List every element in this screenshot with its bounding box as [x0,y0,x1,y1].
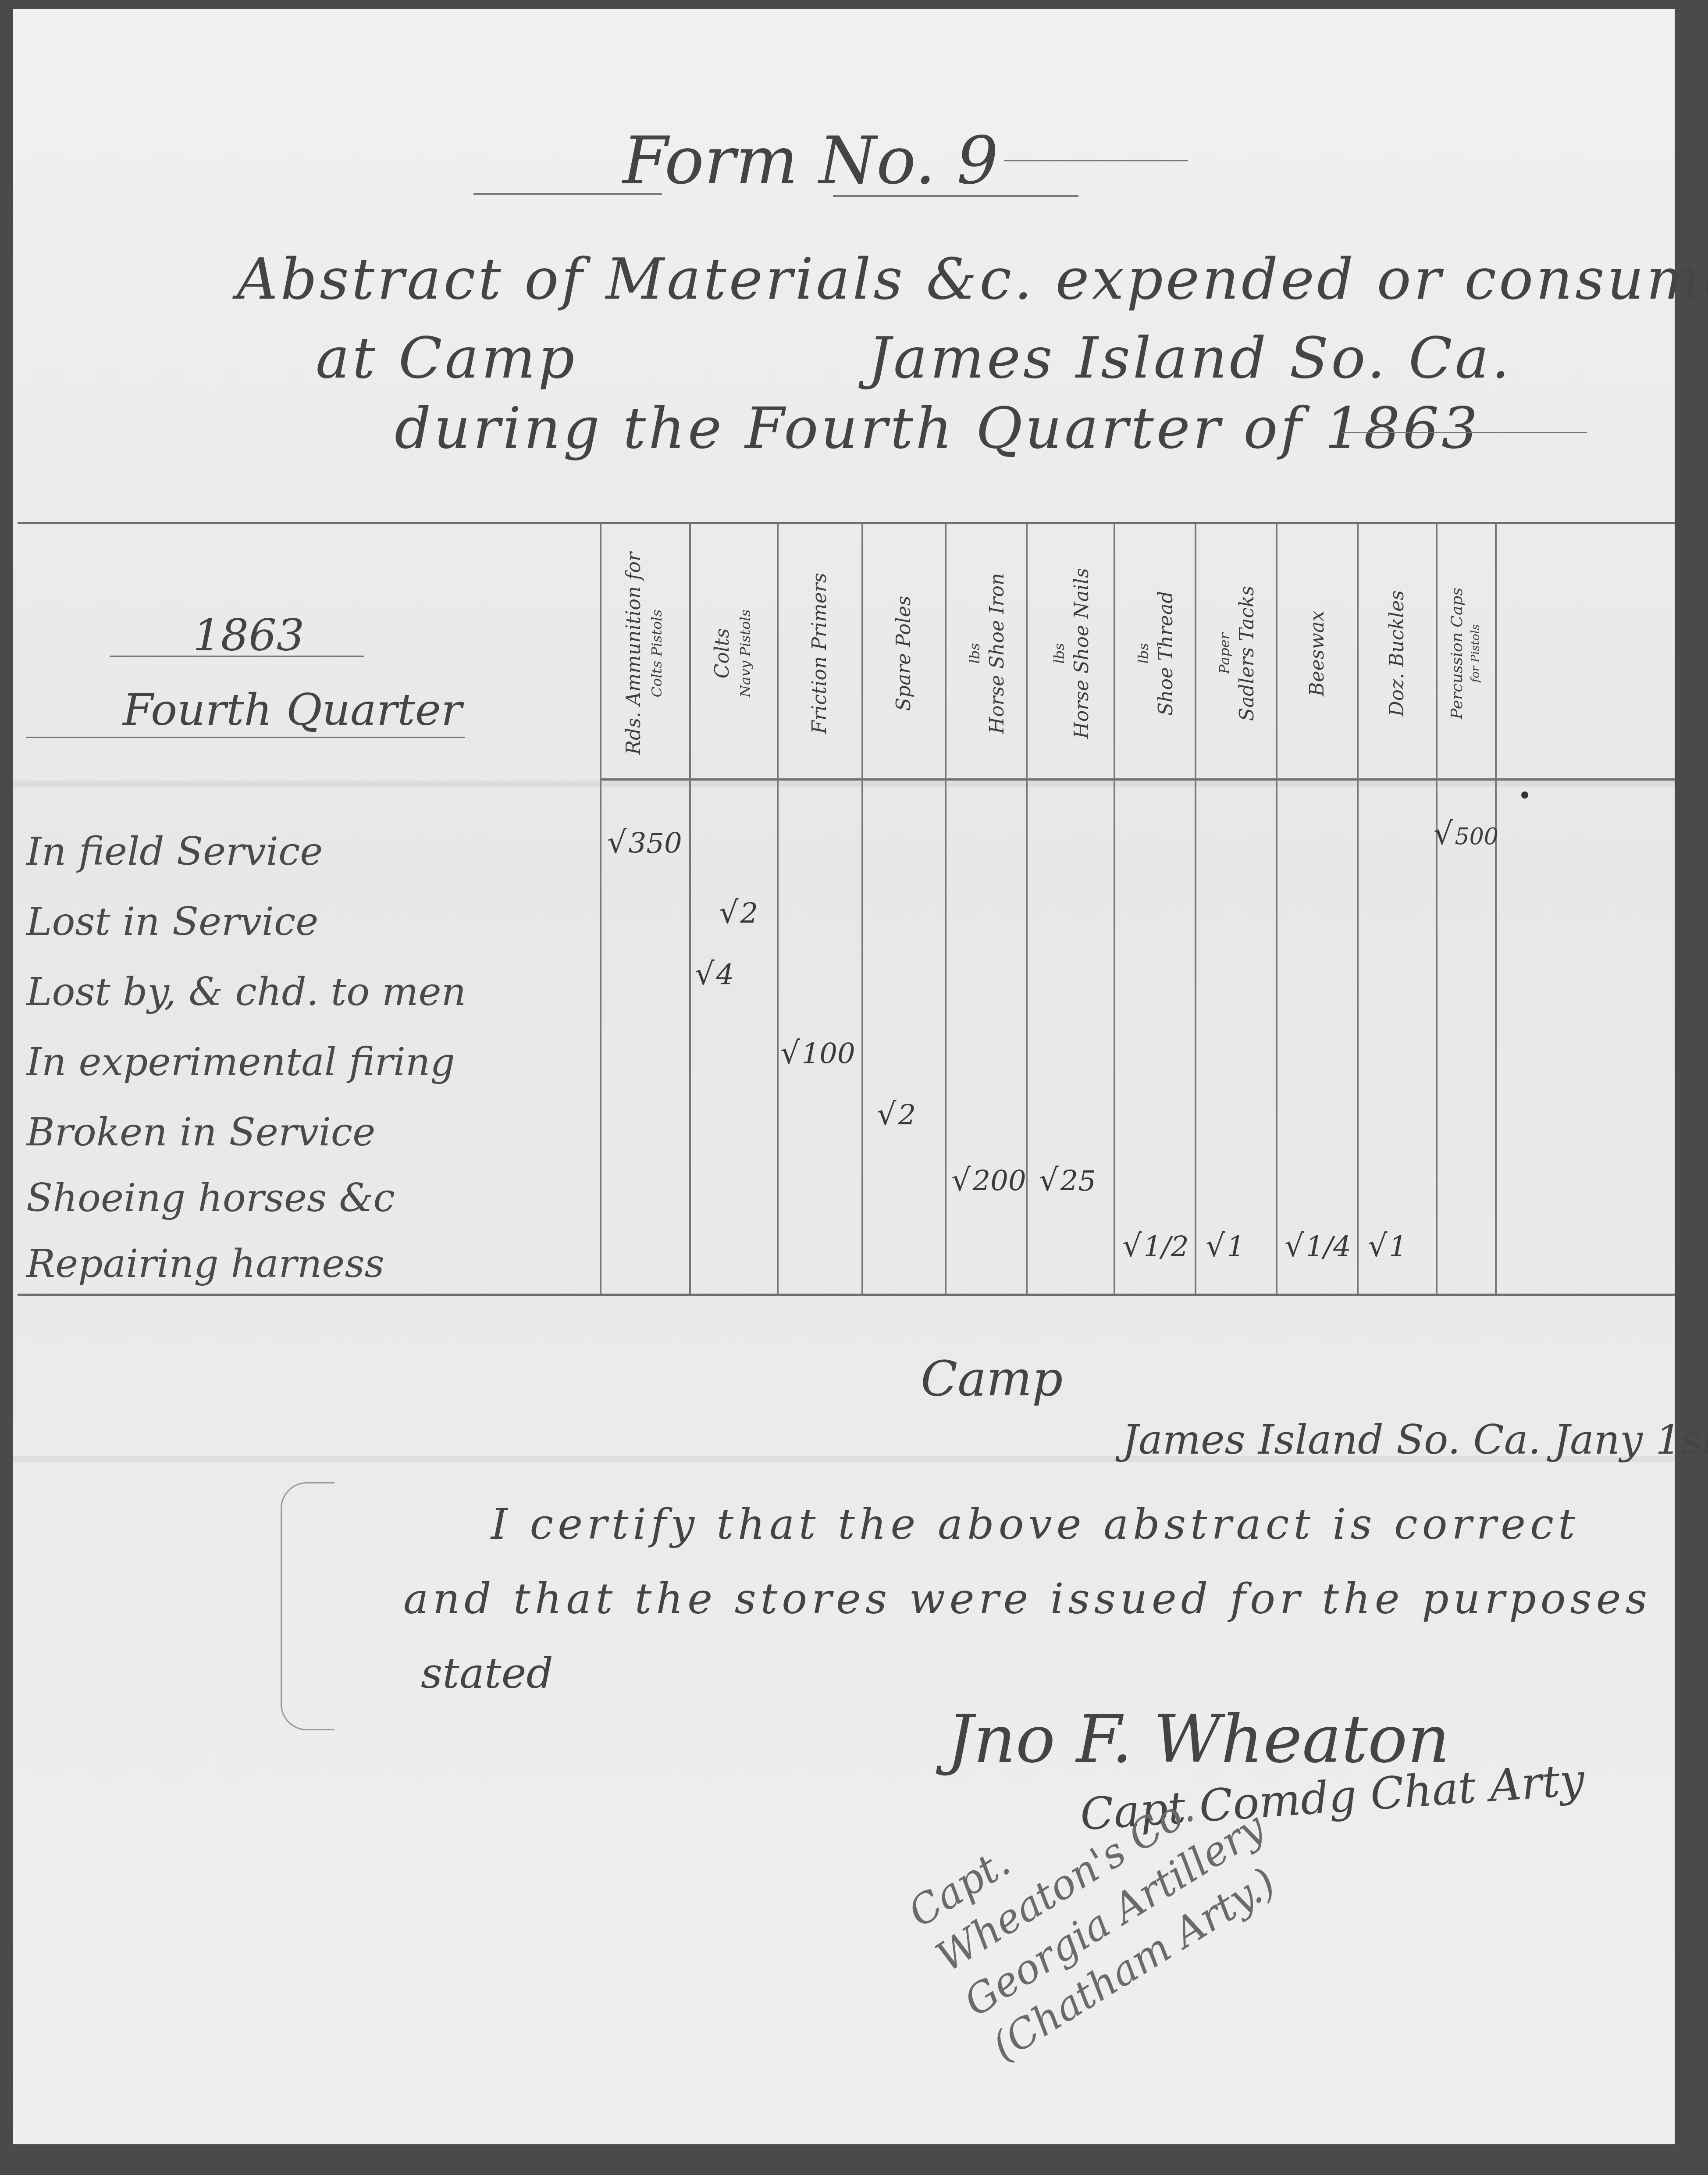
column-label: Rds. Ammunition for [623,552,645,755]
cell-horse-shoe-nails-shoeing: √25 [1039,1162,1096,1198]
cell-value: 2 [898,1099,916,1132]
row-label-experimental-firing: In experimental firing [26,1039,455,1084]
row-label-repairing-harness: Repairing harness [26,1241,384,1286]
column-unit: lbs [1132,591,1155,716]
row-label-field-service: In field Service [26,829,323,874]
certification-line-2: and that the stores were issued for the … [403,1574,1651,1623]
cell-friction-primers-experimental: √100 [780,1035,855,1071]
column-header-navy-pistols: ColtsNavy Pistols [691,535,777,772]
period-rule [26,737,465,738]
table-bottom-rule [18,1294,1675,1296]
fold-crease [13,781,1675,787]
cell-beeswax-harness: √1/4 [1285,1228,1351,1264]
column-header-friction-primers: Friction Primers [779,535,861,772]
cell-value: 25 [1060,1165,1096,1198]
check-mark-icon: √ [1206,1228,1225,1264]
cell-value: 100 [802,1038,855,1070]
cell-horse-shoe-iron-shoeing: √200 [951,1162,1026,1198]
column-label: Horse Shoe Nails [1071,568,1093,739]
check-mark-icon: √ [607,824,627,860]
heading-trailing-rule [1341,432,1587,433]
period-year: 1863 [193,610,305,661]
check-mark-icon: √ [877,1096,897,1132]
column-header-beeswax: Beeswax [1277,535,1357,772]
certification-line-3: stated [421,1649,553,1698]
title-underline [833,195,1078,197]
place-and-date: James Island So. Ca. Jany 1st 1864 [1122,1416,1708,1463]
cell-value: 350 [629,827,682,860]
certification-line-1: I certify that the above abstract is cor… [491,1500,1579,1549]
check-mark-icon: √ [780,1035,800,1071]
check-mark-icon: √ [951,1162,971,1198]
form-title: Form No. 9 [623,123,999,199]
row-label-shoeing-horses: Shoeing horses &c [26,1175,395,1220]
ink-dot [1521,792,1528,799]
check-mark-icon: √ [1368,1228,1388,1264]
cell-shoe-thread-harness: √1/2 [1122,1228,1189,1264]
check-mark-icon: √ [719,895,739,931]
column-unit: lbs [1048,568,1071,739]
column-label: Sadlers Tacks [1236,586,1259,721]
column-header-horse-shoe-iron: lbsHorse Shoe Iron [947,535,1026,772]
column-label: Horse Shoe Iron [986,573,1009,734]
place-camp: Camp [921,1351,1063,1407]
bracket-flourish [281,1482,334,1730]
table-header-rule [601,778,1675,781]
cell-value: 1/2 [1144,1231,1189,1263]
column-label: Shoe Thread [1155,591,1178,716]
column-header-percussion-caps: Percussion Capsfor Pistols [1438,535,1495,772]
column-unit: Paper [1213,586,1236,721]
cell-value: 1/4 [1306,1231,1351,1263]
cell-percussion-caps-field-service: √500 [1434,816,1498,852]
check-mark-icon: √ [695,956,715,992]
check-mark-icon: √ [1039,1162,1059,1198]
column-label: Colts [711,628,733,679]
cell-ammunition-field-service: √350 [607,824,682,860]
cell-sadlers-tacks-harness: √1 [1206,1228,1245,1264]
row-label-lost-in-service: Lost in Service [26,899,318,944]
heading-line-1: Abstract of Materials &c. expended or co… [237,246,1708,312]
row-label-lost-by-men: Lost by, & chd. to men [26,969,466,1014]
heading-line-3: during the Fourth Quarter of 1863 [395,395,1480,461]
cell-navy-pistols-lost: √2 [719,895,758,931]
column-divider [1495,524,1497,1294]
column-header-horse-shoe-nails: lbsHorse Shoe Nails [1028,535,1114,772]
column-label: Friction Primers [809,573,831,734]
period-quarter: Fourth Quarter [123,684,462,735]
title-rule [1004,160,1188,161]
cell-value: 2 [740,898,758,930]
column-sublabel: Colts Pistols [645,552,668,755]
row-label-broken-in-service: Broken in Service [26,1109,375,1155]
cell-spare-poles-broken: √2 [877,1096,916,1132]
table-top-rule [18,522,1675,524]
cell-value: 1 [1389,1231,1407,1263]
column-header-ammunition: Rds. Ammunition forColts Pistols [601,535,689,772]
column-label: Doz. Buckles [1386,590,1408,717]
title-underline [473,193,662,195]
column-header-spare-poles: Spare Poles [863,535,945,772]
check-mark-icon: √ [1122,1228,1142,1264]
cell-value: 1 [1227,1231,1245,1263]
column-header-shoe-thread: lbsShoe Thread [1115,535,1195,772]
cell-value: 500 [1455,824,1498,850]
heading-line-2-prefix: at Camp [316,324,577,391]
column-label: Spare Poles [893,596,915,711]
heading-line-2-place: James Island So. Ca. [868,324,1512,391]
check-mark-icon: √ [1285,1228,1304,1264]
cell-value: 200 [973,1165,1026,1198]
cell-navy-pistols-charged: √4 [695,956,734,992]
column-label: Percussion Caps [1448,588,1466,719]
check-mark-icon: √ [1434,816,1453,852]
cell-value: 4 [716,959,734,991]
column-sublabel: Navy Pistols [734,610,757,697]
column-header-buckles: Doz. Buckles [1359,535,1436,772]
column-sublabel: for Pistols [1466,588,1485,719]
column-label: Beeswax [1306,610,1328,696]
column-unit: lbs [964,573,986,734]
cell-buckles-harness: √1 [1368,1228,1407,1264]
column-header-sadlers-tacks: PaperSadlers Tacks [1196,535,1276,772]
